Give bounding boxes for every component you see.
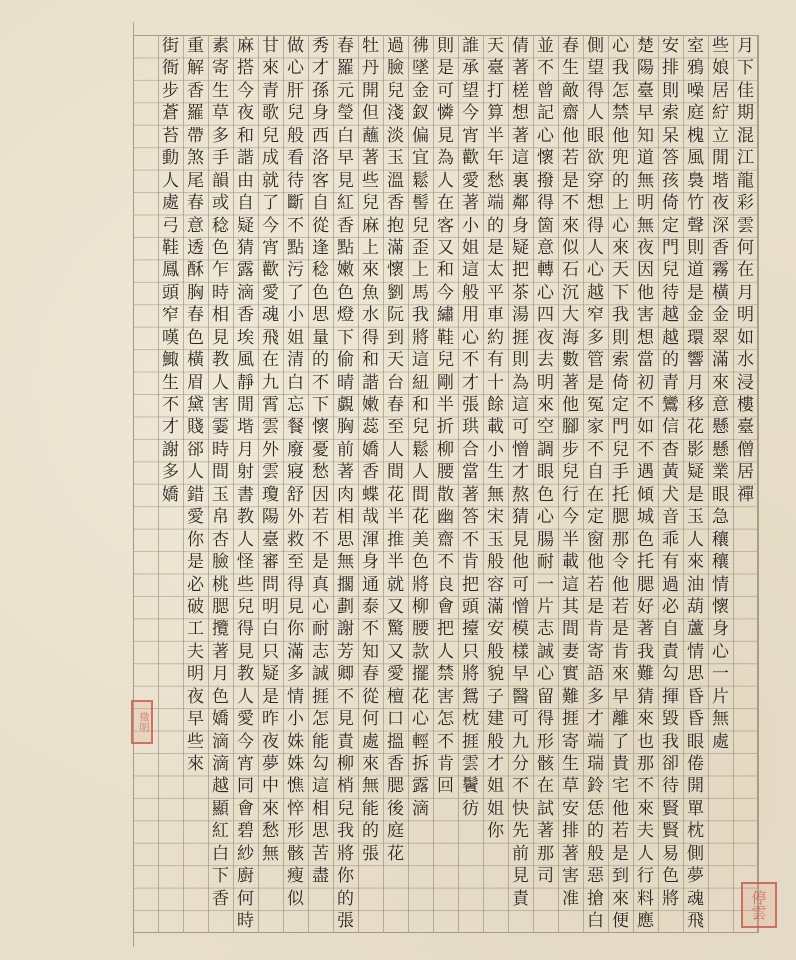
calligraphy-character: 誠	[308, 663, 333, 685]
calligraphy-character: 臺	[733, 416, 758, 438]
calligraphy-character: 花	[383, 843, 408, 865]
calligraphy-character: 春	[358, 663, 383, 685]
calligraphy-character: 滿	[283, 641, 308, 663]
calligraphy-character: 兜	[608, 147, 633, 169]
calligraphy-character: 來	[358, 753, 383, 775]
calligraphy-character: 西	[308, 125, 333, 147]
calligraphy-character: 溫	[383, 170, 408, 192]
calligraphy-character: 兒	[608, 439, 633, 461]
calligraphy-character: 待	[658, 282, 683, 304]
calligraphy-character: 身	[508, 215, 533, 237]
calligraphy-character: 在	[533, 775, 558, 797]
calligraphy-character: 樓	[733, 394, 758, 416]
calligraphy-character: 閒	[233, 394, 258, 416]
calligraphy-character: 霄	[258, 394, 283, 416]
calligraphy-character: 金	[683, 304, 708, 326]
calligraphy-character: 玉	[483, 529, 508, 551]
calligraphy-character: 能	[358, 798, 383, 820]
calligraphy-character: 胸	[333, 416, 358, 438]
calligraphy-character: 若	[558, 147, 583, 169]
calligraphy-character: 風	[233, 349, 258, 371]
calligraphy-character: 勾	[658, 663, 683, 685]
calligraphy-character: 若	[608, 820, 633, 842]
calligraphy-character: 臺	[258, 529, 283, 551]
calligraphy-character: 桃	[208, 574, 233, 596]
calligraphy-character: 乍	[208, 259, 233, 281]
calligraphy-character: 約	[483, 327, 508, 349]
calligraphy-character: 美	[408, 529, 433, 551]
calligraphy-character: 令	[608, 551, 633, 573]
calligraphy-character: 相	[308, 798, 333, 820]
calligraphy-character: 鬢	[458, 775, 483, 797]
calligraphy-character: 眼	[583, 125, 608, 147]
calligraphy-character: 可	[508, 574, 533, 596]
calligraphy-character: 折	[433, 416, 458, 438]
calligraphy-character: 夜	[708, 192, 733, 214]
calligraphy-character: 擺	[408, 663, 433, 685]
calligraphy-character: 衙	[158, 57, 183, 79]
calligraphy-character: 月	[683, 372, 708, 394]
calligraphy-character: 則	[433, 35, 458, 57]
calligraphy-character: 滿	[708, 349, 733, 371]
calligraphy-character: 寄	[583, 641, 608, 663]
calligraphy-character: 滿	[483, 596, 508, 618]
calligraphy-character: 小	[483, 439, 508, 461]
calligraphy-character: 早	[333, 147, 358, 169]
calligraphy-character: 裊	[683, 170, 708, 192]
text-column: 楚陽臺早知道無明無夜因他害想當初不如不遇傾城色托腮好著我難猜來也那不來夫人行料應	[633, 35, 658, 933]
calligraphy-character: 下	[608, 282, 633, 304]
calligraphy-character: 是	[258, 686, 283, 708]
calligraphy-character: 腸	[533, 529, 558, 551]
calligraphy-character: 擡	[458, 618, 483, 640]
calligraphy-character: 噪	[683, 80, 708, 102]
calligraphy-character: 明	[183, 663, 208, 685]
calligraphy-character: 嘆	[158, 327, 183, 349]
calligraphy-character: 這	[408, 349, 433, 371]
calligraphy-character: 又	[383, 641, 408, 663]
calligraphy-character: 是	[183, 551, 208, 573]
calligraphy-character: 檀	[383, 686, 408, 708]
calligraphy-character: 猜	[233, 237, 258, 259]
calligraphy-character: 人	[383, 439, 408, 461]
calligraphy-character: 語	[583, 663, 608, 685]
calligraphy-character: 杳	[658, 439, 683, 461]
calligraphy-character: 抱	[383, 215, 408, 237]
calligraphy-character: 香	[358, 461, 383, 483]
calligraphy-character: 紵	[708, 102, 733, 124]
calligraphy-character: 斷	[283, 192, 308, 214]
calligraphy-character: 在	[258, 349, 283, 371]
calligraphy-character: 做	[283, 35, 308, 57]
calligraphy-character: 記	[533, 102, 558, 124]
calligraphy-character: 意	[533, 237, 558, 259]
calligraphy-character: 劃	[333, 596, 358, 618]
calligraphy-character: 紐	[408, 372, 433, 394]
calligraphy-character: 恁	[583, 798, 608, 820]
calligraphy-character: 早	[633, 102, 658, 124]
calligraphy-character: 心	[608, 215, 633, 237]
calligraphy-character: 人	[158, 170, 183, 192]
calligraphy-character: 龍	[733, 170, 758, 192]
calligraphy-character: 是	[608, 843, 633, 865]
calligraphy-character: 色	[658, 865, 683, 887]
calligraphy-character: 在	[733, 259, 758, 281]
calligraphy-character: 輕	[408, 731, 433, 753]
calligraphy-character: 天	[608, 259, 633, 281]
calligraphy-character: 當	[633, 349, 658, 371]
calligraphy-character: 昏	[683, 686, 708, 708]
calligraphy-character: 夢	[258, 753, 283, 775]
seal-left-char-1: 徵明	[132, 712, 152, 732]
calligraphy-character: 般	[483, 731, 508, 753]
calligraphy-character: 嬌	[358, 439, 383, 461]
calligraphy-character: 來	[683, 551, 708, 573]
calligraphy-character: 嫩	[358, 394, 383, 416]
calligraphy-character: 元	[333, 80, 358, 102]
calligraphy-character: 上	[358, 237, 383, 259]
calligraphy-character: 甘	[258, 35, 283, 57]
calligraphy-character: 間	[408, 484, 433, 506]
calligraphy-character: 青	[658, 372, 683, 394]
calligraphy-character: 露	[408, 775, 433, 797]
calligraphy-character: 能	[308, 731, 333, 753]
calligraphy-character: 眼	[683, 731, 708, 753]
text-column: 誰承望今宵歡愛著小姐這般用心不才張珙合當著答不肯把頭擡只將鴛枕捱雲鬢彷	[458, 35, 483, 933]
calligraphy-character: 兒	[408, 416, 433, 438]
calligraphy-character: 自	[583, 461, 608, 483]
calligraphy-character: 香	[233, 304, 258, 326]
calligraphy-character: 清	[283, 349, 308, 371]
text-column: 秀才孫身西洛客自從逢稔色思量的不下懷憂愁因若不是真心耐志誠捱怎能勾這相思苦盡	[308, 35, 333, 933]
calligraphy-character: 心	[283, 57, 308, 79]
calligraphy-character: 城	[633, 506, 658, 528]
calligraphy-character: 易	[658, 843, 683, 865]
calligraphy-character: 寄	[558, 731, 583, 753]
calligraphy-character: 淺	[383, 102, 408, 124]
calligraphy-character: 眼	[533, 461, 558, 483]
calligraphy-character: 歪	[408, 237, 433, 259]
text-column: 月下佳期混江龍彩雲何在月明如水浸樓臺僧居禪	[733, 35, 758, 933]
calligraphy-character: 淡	[383, 125, 408, 147]
calligraphy-character: 了	[608, 731, 633, 753]
calligraphy-character: 橫	[183, 349, 208, 371]
calligraphy-character: 窄	[158, 304, 183, 326]
calligraphy-character: 載	[558, 551, 583, 573]
calligraphy-character: 在	[583, 484, 608, 506]
calligraphy-character: 露	[233, 259, 258, 281]
calligraphy-character: 今	[558, 506, 583, 528]
calligraphy-character: 的	[658, 349, 683, 371]
calligraphy-character: 夫	[633, 820, 658, 842]
calligraphy-character: 到	[608, 865, 633, 887]
calligraphy-character: 愁	[483, 170, 508, 192]
calligraphy-character: 般	[283, 125, 308, 147]
calligraphy-character: 四	[533, 304, 558, 326]
calligraphy-character: 自	[658, 618, 683, 640]
calligraphy-character: 彿	[408, 35, 433, 57]
text-column: 甘來青歌兒成就了今宵歡愛魂飛在九霄雲外雲瓊陽臺審問明白只疑是昨夜夢中來愁無	[258, 35, 283, 933]
calligraphy-character: 姐	[458, 237, 483, 259]
calligraphy-character: 步	[558, 439, 583, 461]
calligraphy-character: 橫	[708, 282, 733, 304]
calligraphy-character: 無	[333, 551, 358, 573]
calligraphy-character: 實	[558, 663, 583, 685]
calligraphy-character: 了	[283, 282, 308, 304]
calligraphy-character: 穰	[708, 551, 733, 573]
calligraphy-character: 款	[408, 641, 433, 663]
calligraphy-character: 處	[358, 731, 383, 753]
calligraphy-character: 黛	[183, 394, 208, 416]
calligraphy-character: 見	[208, 327, 233, 349]
calligraphy-character: 兒	[358, 192, 383, 214]
calligraphy-character: 半	[383, 551, 408, 573]
calligraphy-character: 的	[308, 349, 333, 371]
calligraphy-character: 得	[583, 80, 608, 102]
calligraphy-character: 來	[258, 57, 283, 79]
calligraphy-character: 耐	[533, 551, 558, 573]
calligraphy-character: 著	[358, 147, 383, 169]
calligraphy-character: 端	[483, 192, 508, 214]
calligraphy-character: 滴	[408, 798, 433, 820]
calligraphy-character: 見	[333, 708, 358, 730]
calligraphy-character: 謝	[333, 618, 358, 640]
calligraphy-character: 開	[358, 80, 383, 102]
calligraphy-character: 香	[183, 80, 208, 102]
calligraphy-character: 是	[583, 596, 608, 618]
calligraphy-character: 時	[233, 910, 258, 932]
calligraphy-character: 這	[558, 574, 583, 596]
calligraphy-character: 生	[483, 461, 508, 483]
calligraphy-character: 柳	[433, 439, 458, 461]
calligraphy-character: 懷	[708, 596, 733, 618]
calligraphy-character: 賤	[183, 416, 208, 438]
calligraphy-character: 懸	[708, 416, 733, 438]
calligraphy-character: 宅	[608, 775, 633, 797]
calligraphy-character: 肉	[333, 484, 358, 506]
calligraphy-character: 滴	[208, 731, 233, 753]
calligraphy-character: 堦	[708, 170, 733, 192]
calligraphy-character: 承	[458, 57, 483, 79]
calligraphy-character: 家	[583, 416, 608, 438]
right-margin-rule	[758, 35, 759, 933]
calligraphy-character: 醫	[508, 686, 533, 708]
calligraphy-character: 心	[608, 35, 633, 57]
calligraphy-character: 劉	[383, 282, 408, 304]
calligraphy-character: 搵	[383, 731, 408, 753]
calligraphy-character: 前	[508, 843, 533, 865]
calligraphy-character: 翠	[708, 327, 733, 349]
calligraphy-character: 將	[458, 663, 483, 685]
calligraphy-character: 丹	[358, 57, 383, 79]
calligraphy-character: 埃	[233, 327, 258, 349]
calligraphy-character: 宜	[408, 147, 433, 169]
calligraphy-character: 堦	[233, 416, 258, 438]
calligraphy-character: 他	[608, 125, 633, 147]
calligraphy-character: 禁	[433, 663, 458, 685]
calligraphy-character: 托	[608, 484, 633, 506]
calligraphy-character: 定	[608, 394, 633, 416]
text-column: 春羅元瑩白早見紅香點嫩色燈下偷晴覷胸前著肉相思無擱劃謝芳卿不見責柳梢兒我將你的張	[333, 35, 358, 933]
calligraphy-character: 一	[533, 574, 558, 596]
calligraphy-character: 人	[633, 843, 658, 865]
calligraphy-character: 愛	[183, 506, 208, 528]
calligraphy-character: 明	[733, 304, 758, 326]
calligraphy-character: 移	[683, 394, 708, 416]
calligraphy-character: 香	[333, 215, 358, 237]
calligraphy-character: 道	[633, 147, 658, 169]
calligraphy-character: 齋	[558, 102, 583, 124]
calligraphy-character: 環	[683, 327, 708, 349]
calligraphy-character: 何	[233, 888, 258, 910]
calligraphy-character: 平	[483, 282, 508, 304]
calligraphy-character: 的	[583, 820, 608, 842]
calligraphy-character: 草	[558, 775, 583, 797]
calligraphy-character: 姐	[483, 775, 508, 797]
calligraphy-character: 則	[683, 237, 708, 259]
calligraphy-character: 心	[533, 663, 558, 685]
calligraphy-character: 蕊	[358, 416, 383, 438]
calligraphy-character: 心	[458, 327, 483, 349]
calligraphy-character: 點	[333, 237, 358, 259]
calligraphy-character: 他	[558, 125, 583, 147]
calligraphy-character: 不	[333, 686, 358, 708]
calligraphy-character: 兒	[658, 259, 683, 281]
calligraphy-character: 十	[483, 372, 508, 394]
calligraphy-character: 姝	[283, 753, 308, 775]
calligraphy-character: 會	[433, 596, 458, 618]
calligraphy-character: 色	[633, 529, 658, 551]
calligraphy-character: 葫	[683, 596, 708, 618]
calligraphy-character: 曾	[533, 80, 558, 102]
calligraphy-character: 通	[358, 574, 383, 596]
calligraphy-character: 才	[458, 372, 483, 394]
calligraphy-character: 今	[433, 282, 458, 304]
calligraphy-character: 街	[158, 35, 183, 57]
calligraphy-character: 去	[533, 349, 558, 371]
calligraphy-character: 兒	[233, 596, 258, 618]
calligraphy-character: 調	[533, 439, 558, 461]
calligraphy-character: 歡	[258, 259, 283, 281]
calligraphy-character: 教	[208, 349, 233, 371]
calligraphy-character: 必	[183, 574, 208, 596]
calligraphy-character: 心	[533, 125, 558, 147]
calligraphy-text-columns: 月下佳期混江龍彩雲何在月明如水浸樓臺僧居禪些娘居紵立閒堦夜深香霧橫金翠滿來意懸懸…	[158, 35, 758, 933]
calligraphy-character: 無	[258, 843, 283, 865]
calligraphy-character: 會	[233, 798, 258, 820]
calligraphy-character: 黃	[658, 461, 683, 483]
calligraphy-character: 業	[708, 461, 733, 483]
calligraphy-character: 春	[183, 304, 208, 326]
calligraphy-character: 來	[633, 708, 658, 730]
calligraphy-character: 的	[608, 170, 633, 192]
calligraphy-character: 心	[308, 596, 333, 618]
calligraphy-character: 小	[283, 708, 308, 730]
calligraphy-character: 早	[508, 663, 533, 685]
calligraphy-character: 肯	[583, 618, 608, 640]
calligraphy-character: 側	[583, 35, 608, 57]
calligraphy-character: 看	[283, 147, 308, 169]
calligraphy-character: 就	[258, 170, 283, 192]
calligraphy-character: 身	[358, 551, 383, 573]
calligraphy-character: 魂	[258, 304, 283, 326]
calligraphy-character: 越	[208, 775, 233, 797]
calligraphy-character: 夜	[533, 327, 558, 349]
calligraphy-character: 魂	[683, 888, 708, 910]
calligraphy-character: 為	[433, 147, 458, 169]
calligraphy-character: 廚	[233, 865, 258, 887]
calligraphy-character: 蘆	[683, 618, 708, 640]
calligraphy-character: 敵	[558, 80, 583, 102]
calligraphy-character: 白	[208, 843, 233, 865]
calligraphy-character: 打	[483, 80, 508, 102]
calligraphy-character: 金	[708, 304, 733, 326]
calligraphy-character: 准	[558, 888, 583, 910]
calligraphy-character: 滴	[233, 282, 258, 304]
calligraphy-character: 深	[708, 215, 733, 237]
calligraphy-character: 我	[608, 304, 633, 326]
calligraphy-character: 間	[208, 461, 233, 483]
calligraphy-character: 著	[558, 372, 583, 394]
calligraphy-character: 齋	[433, 529, 458, 551]
calligraphy-character: 動	[158, 147, 183, 169]
calligraphy-character: 柳	[408, 596, 433, 618]
calligraphy-character: 著	[558, 843, 583, 865]
seal-right-text: 停雲	[749, 890, 770, 920]
calligraphy-character: 愛	[458, 170, 483, 192]
calligraphy-character: 飛	[258, 327, 283, 349]
calligraphy-character: 般	[458, 282, 483, 304]
text-column: 心我怎禁他兜的上心來天下我則索倚定門兒手托腮那令他若是肯來早離了貴宅他若是到來便	[608, 35, 633, 933]
text-column: 倩著槎想著這裏鄰身疑把茶湯捱則為這可憎才熬猜見他可憎模樣早醫可九分不快先前見責	[508, 35, 533, 933]
calligraphy-character: 便	[608, 910, 633, 932]
calligraphy-character: 有	[658, 551, 683, 573]
calligraphy-character: 知	[633, 125, 658, 147]
calligraphy-character: 若	[608, 596, 633, 618]
calligraphy-character: 寢	[283, 461, 308, 483]
calligraphy-character: 門	[658, 237, 683, 259]
calligraphy-character: 料	[633, 888, 658, 910]
calligraphy-character: 兒	[433, 349, 458, 371]
calligraphy-character: 墜	[408, 57, 433, 79]
calligraphy-character: 穿	[583, 170, 608, 192]
calligraphy-character: 散	[433, 484, 458, 506]
calligraphy-character: 行	[633, 865, 658, 887]
calligraphy-character: 那	[633, 753, 658, 775]
calligraphy-character: 鴛	[458, 686, 483, 708]
calligraphy-character: 上	[408, 259, 433, 281]
calligraphy-character: 過	[658, 574, 683, 596]
calligraphy-character: 腰	[408, 618, 433, 640]
calligraphy-character: 捱	[308, 686, 333, 708]
calligraphy-character: 不	[558, 192, 583, 214]
calligraphy-character: 頭	[158, 282, 183, 304]
calligraphy-character: 他	[583, 551, 608, 573]
calligraphy-character: 色	[208, 686, 233, 708]
calligraphy-character: 明	[258, 596, 283, 618]
calligraphy-character: 他	[608, 798, 633, 820]
calligraphy-character: 不	[308, 372, 333, 394]
calligraphy-character: 身	[708, 618, 733, 640]
calligraphy-character: 瓊	[258, 484, 283, 506]
calligraphy-character: 離	[608, 708, 633, 730]
calligraphy-character: 下	[333, 327, 358, 349]
calligraphy-character: 憔	[283, 775, 308, 797]
calligraphy-character: 處	[158, 192, 183, 214]
calligraphy-character: 有	[483, 349, 508, 371]
calligraphy-character: 張	[358, 843, 383, 865]
calligraphy-character: 索	[608, 349, 633, 371]
